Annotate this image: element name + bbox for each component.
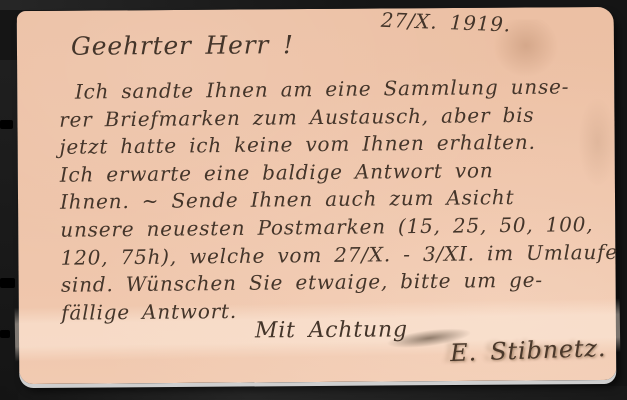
salutation: Geehrter Herr ! [71, 30, 294, 61]
clip-mark [0, 120, 13, 129]
background-streak [0, 386, 627, 400]
body-line: sind. Wünschen Sie etwaige, bitte um ge- [61, 266, 619, 299]
closing-line: Mit Achtung [255, 317, 408, 343]
clip-mark [0, 330, 10, 338]
clip-mark [0, 278, 15, 288]
background-streak [0, 60, 18, 400]
message-body: Ich sandte Ihnen am eine Sammlung unse- … [59, 73, 619, 327]
scan-background: 27/X. 1919. Geehrter Herr ! Ich sandte I… [0, 0, 627, 400]
signature: E. Stibnetz. [450, 334, 607, 367]
body-line: jetzt hatte ich keine vom Ihnen erhalten… [59, 128, 617, 161]
postcard: 27/X. 1919. Geehrter Herr ! Ich sandte I… [17, 7, 617, 384]
date-line: 27/X. 1919. [380, 8, 511, 37]
